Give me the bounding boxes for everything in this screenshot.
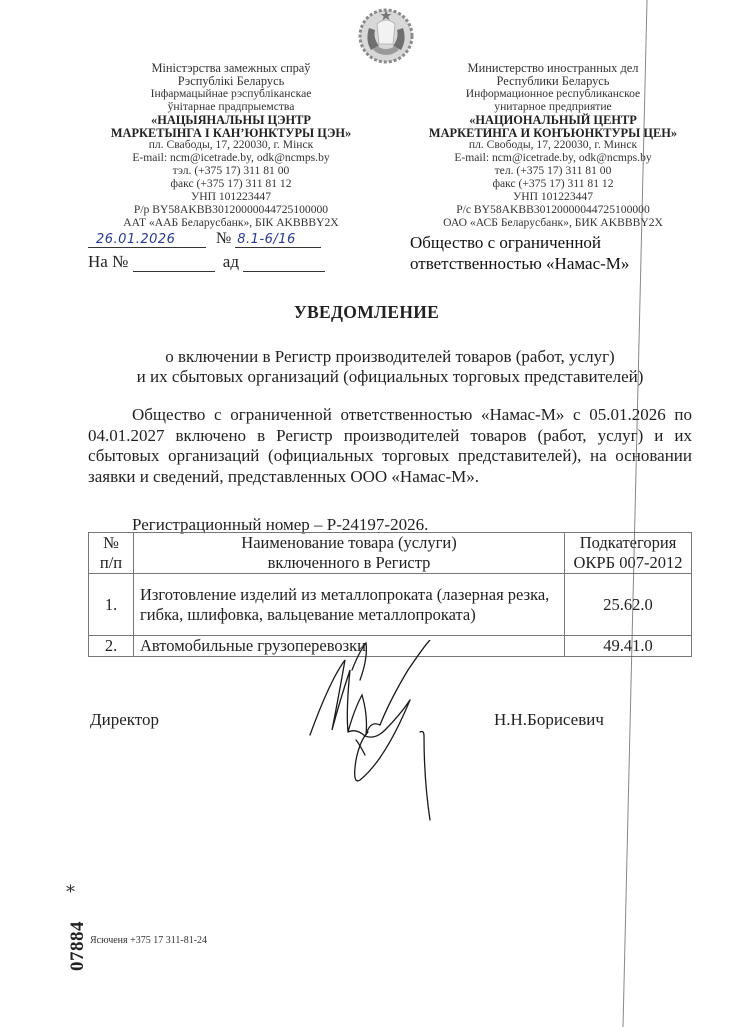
header-left-bank: ААТ «ААБ Беларусбанк», БІК AKBBBY2X (86, 217, 376, 230)
header-left-line: Міністэрства замежных спраў (86, 62, 376, 75)
header-left-line: Рэспублікі Беларусь (86, 75, 376, 88)
header-right-account: Р/с BY58AKBB30120000044725100000 (408, 204, 698, 217)
signatory-name: Н.Н.Борисевич (494, 710, 604, 730)
header-code-line: ОКРБ 007-2012 (569, 553, 687, 573)
reference-number-field (133, 257, 215, 272)
outgoing-date: 26.01.2026 (88, 232, 175, 247)
header-right-line: Информационное республиканское (408, 88, 698, 101)
header-right-bank: ОАО «АСБ Беларусбанк», БИК AKBBBY2X (408, 217, 698, 230)
addressee: Общество с ограниченной ответственностью… (410, 232, 670, 274)
signatory-role: Директор (90, 710, 159, 730)
header-left-line: Інфармацыйнае рэспубліканскае (86, 88, 376, 101)
header-right: Министерство иностранных дел Республики … (408, 62, 698, 230)
items-table: № п/п Наименование товара (услуги) включ… (88, 532, 692, 657)
header-right-line: Министерство иностранных дел (408, 62, 698, 75)
header-right-org-name: «НАЦИОНАЛЬНЫЙ ЦЕНТР (408, 114, 698, 127)
row-num: 2. (89, 636, 134, 657)
table-header-row: № п/п Наименование товара (услуги) включ… (89, 533, 692, 574)
row-code: 25.62.0 (565, 574, 692, 636)
addressee-line: Общество с ограниченной (410, 232, 670, 253)
header-code-line: Подкатегория (569, 533, 687, 553)
subtitle-line: и их сбытовых организаций (официальных т… (80, 367, 700, 387)
document-number: 07884 (68, 910, 88, 982)
reference-na-label: На № (88, 252, 128, 271)
body-paragraph: Общество с ограниченной ответственностью… (88, 405, 692, 487)
reference-date-field (243, 257, 325, 272)
outgoing-date-number: 26.01.2026 № 8.1-6/16 (88, 230, 358, 250)
reference-line: На № ад (88, 252, 358, 272)
row-code: 49.41.0 (565, 636, 692, 657)
header-code: Подкатегория ОКРБ 007-2012 (565, 533, 692, 574)
outgoing-date-field: 26.01.2026 (88, 230, 206, 248)
header-right-line: Республики Беларусь (408, 75, 698, 88)
document-subtitle: о включении в Регистр производителей тов… (80, 347, 700, 387)
body-text: Общество с ограниченной ответственностью… (88, 405, 692, 487)
mark-icon: ⁎ (66, 876, 75, 897)
header-name-line: Наименование товара (услуги) (138, 533, 560, 553)
header-left-account: Р/р BY58AKBB30120000044725100000 (86, 204, 376, 217)
header-num-line: п/п (93, 553, 129, 573)
header-num: № п/п (89, 533, 134, 574)
header-left-line: ўнітарнае прадпрыемства (86, 101, 376, 114)
number-label: № (216, 230, 231, 247)
coat-of-arms-icon (357, 6, 415, 64)
subtitle-line: о включении в Регистр производителей тов… (80, 347, 700, 367)
row-num: 1. (89, 574, 134, 636)
row-name: Изготовление изделий из металлопроката (… (134, 574, 565, 636)
header-left-org-name: «НАЦЫЯНАЛЬНЫ ЦЭНТР (86, 114, 376, 127)
header-left: Міністэрства замежных спраў Рэспублікі Б… (86, 62, 376, 230)
document-number-text: 07884 (67, 921, 89, 971)
outgoing-number: 8.1-6/16 (235, 232, 296, 247)
outgoing-number-field: 8.1-6/16 (235, 230, 321, 248)
addressee-line: ответственностью «Намас-М» (410, 253, 670, 274)
header-name: Наименование товара (услуги) включенного… (134, 533, 565, 574)
handwritten-signature-icon (290, 640, 440, 840)
executor-contact: Ясюченя +375 17 311-81-24 (90, 935, 207, 946)
header-name-line: включенного в Регистр (138, 553, 560, 573)
header-right-line: унитарное предприятие (408, 101, 698, 114)
reference-ad-label: ад (223, 252, 239, 271)
table-row: 1. Изготовление изделий из металлопрокат… (89, 574, 692, 636)
header-num-line: № (93, 533, 129, 553)
document-title: УВЕДОМЛЕНИЕ (0, 302, 733, 323)
